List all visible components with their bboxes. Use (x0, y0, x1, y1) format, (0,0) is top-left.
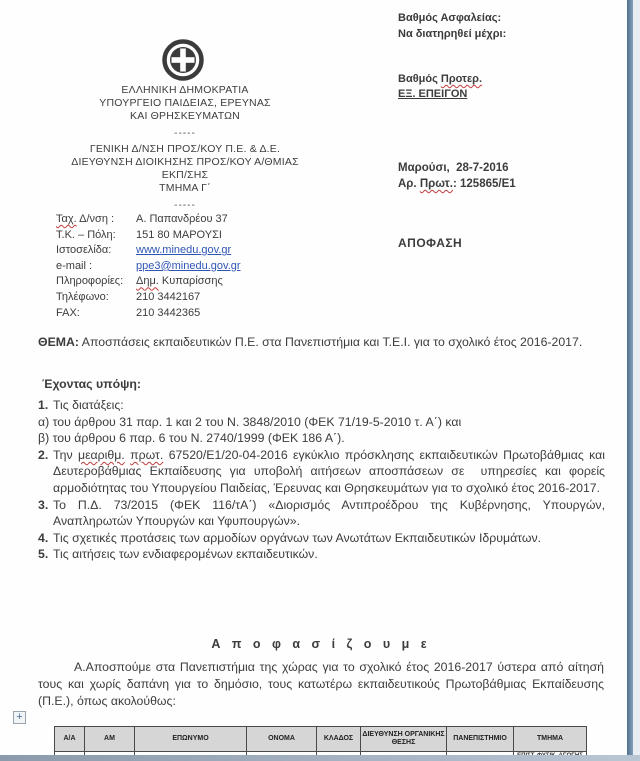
list-item: 3. Το Π.Δ. 73/2015 (ΦΕΚ 116/τΑ΄) «Διορισ… (38, 497, 605, 530)
contact-row: FAX: 210 3442365 (56, 306, 241, 322)
org-line: ΚΑΙ ΘΡΗΣΚΕΥΜΑΤΩΝ (30, 110, 340, 123)
item-marker: 4. (38, 530, 53, 547)
priority-label: Βαθμός Προτερ. (398, 72, 482, 87)
contact-row: Τ.Κ. – Πόλη: 151 80 ΜΑΡΟΥΣΙ (56, 228, 241, 244)
contact-label: FAX: (56, 306, 136, 322)
keep-until-label: Να διατηρηθεί μέχρι: (398, 26, 506, 42)
contact-value: 210 3442365 (136, 306, 200, 322)
security-block: Βαθμός Ασφαλείας: Να διατηρηθεί μέχρι: (398, 10, 506, 42)
contact-row: Ταχ. Δ/νση : Α. Παπανδρέου 37 (56, 212, 241, 228)
considering-list: 1. Τις διατάξεις: α) του άρθρου 31 παρ. … (38, 397, 605, 563)
decision-title: ΑΠΟΦΑΣΗ (398, 236, 462, 250)
security-level-label: Βαθμός Ασφαλείας: (398, 10, 506, 26)
col-header-aa: Α/Α (55, 727, 85, 752)
item-marker: 5. (38, 546, 53, 563)
spellcheck-word: Προτερ. (441, 73, 482, 85)
subject-paragraph: ΘΕΜΑ: Αποσπάσεις εκπαιδευτικών Π.Ε. στα … (38, 334, 604, 351)
document-sheet: Βαθμός Ασφαλείας: Να διατηρηθεί μέχρι: Ε… (0, 0, 626, 761)
subject-label: ΘΕΜΑ: (38, 335, 79, 349)
contact-label: e-mail : (56, 259, 136, 275)
window-bottom-border (0, 755, 640, 761)
contact-label: Τηλέφωνο: (56, 290, 136, 306)
contact-row: Ιστοσελίδα: www.minedu.gov.gr (56, 243, 241, 259)
item-marker: 2. (38, 447, 53, 497)
dept-line: ΤΜΗΜΑ Γ΄ (30, 182, 340, 195)
org-line: ΕΛΛΗΝΙΚΗ ΔΗΜΟΚΡΑΤΙΑ (30, 84, 340, 97)
contact-row: e-mail : ppe3@minedu.gov.gr (56, 259, 241, 275)
dept-line: ΕΚΠ/ΣΗΣ (30, 169, 340, 182)
item-marker: 1. (38, 397, 53, 414)
contact-row: Πληροφορίες: Δημ. Κυπαρίσσης (56, 274, 241, 290)
col-header-name: ΟΝΟΜΑ (247, 727, 317, 752)
item-subline: β) του άρθρου 6 παρ. 6 του Ν. 2740/1999 … (38, 430, 605, 447)
spellcheck-word: Ταχ. (56, 213, 77, 225)
spellcheck-word: Δημ. (136, 275, 159, 287)
decision-paragraph: Α.Αποσπούμε στα Πανεπιστήμια της χώρας γ… (38, 659, 604, 710)
item-text: Την μεαριθμ. πρωτ. 67520/Ε1/20-04-2016 ε… (53, 447, 605, 497)
col-header-department: ΤΜΗΜΑ (514, 727, 587, 752)
plus-icon: + (16, 712, 22, 723)
item-text: Τις αιτήσεις των ενδιαφερομένων εκπαιδευ… (53, 546, 605, 563)
contact-row: Τηλέφωνο: 210 3442167 (56, 290, 241, 306)
priority-value: ΕΞ. ΕΠΕΙΓΟΝ (398, 87, 482, 102)
contact-value: Α. Παπανδρέου 37 (136, 212, 228, 228)
spellcheck-word: πρωτ. (130, 448, 163, 462)
letterhead: ΕΛΛΗΝΙΚΗ ΔΗΜΟΚΡΑΤΙΑ ΥΠΟΥΡΓΕΙΟ ΠΑΙΔΕΙΑΣ, … (30, 84, 340, 212)
table-header-row: Α/Α ΑΜ ΕΠΩΝΥΜΟ ΟΝΟΜΑ ΚΛΑΔΟΣ ΔΙΕΥΘΥΝΣΗ ΟΡ… (55, 727, 587, 752)
contact-value: Δημ. Κυπαρίσσης (136, 274, 223, 290)
item-subline: α) του άρθρου 31 παρ. 1 και 2 του Ν. 384… (38, 414, 605, 431)
item-text: Το Π.Δ. 73/2015 (ΦΕΚ 116/τΑ΄) «Διορισμός… (53, 497, 605, 530)
list-item: 4. Τις σχετικές προτάσεις των αρμοδίων ο… (38, 530, 605, 547)
col-header-surname: ΕΠΩΝΥΜΟ (135, 727, 247, 752)
item-marker: 3. (38, 497, 53, 530)
dept-line: ΓΕΝΙΚΗ Δ/ΝΣΗ ΠΡΟΣ/ΚΟΥ Π.Ε. & Δ.Ε. (30, 143, 340, 156)
considering-heading: Έχοντας υπόψη: (42, 377, 141, 391)
dept-line: ΔΙΕΥΘΥΝΣΗ ΔΙΟΙΚΗΣΗΣ ΠΡΟΣ/ΚΟΥ Α/ΘΜΙΑΣ (30, 156, 340, 169)
divider: ----- (30, 127, 340, 140)
table-move-handle-icon[interactable]: + (13, 711, 26, 724)
col-header-directorate: ΔΙΕΥΘΥΝΣΗ ΟΡΓΑΝΙΚΗΣ ΘΕΣΗΣ (361, 727, 447, 752)
subject-text: Αποσπάσεις εκπαιδευτικών Π.Ε. στα Πανεπι… (79, 335, 582, 349)
city-date: Μαρούσι, 28-7-2016 (398, 160, 516, 176)
contact-label: Ταχ. Δ/νση : (56, 212, 136, 228)
protocol-number: Αρ. Πρωτ.: 125865/Ε1 (398, 176, 516, 192)
item-text: Τις σχετικές προτάσεις των αρμοδίων οργά… (53, 530, 605, 547)
spellcheck-word: μεαριθμ. (78, 448, 125, 462)
col-header-am: ΑΜ (85, 727, 135, 752)
col-header-branch: ΚΛΑΔΟΣ (317, 727, 361, 752)
list-item: 5. Τις αιτήσεις των ενδιαφερομένων εκπαι… (38, 546, 605, 563)
item-text: Τις διατάξεις: (53, 397, 605, 414)
contact-value: 210 3442167 (136, 290, 200, 306)
document-page: { "security": { "line1": "Βαθμός Ασφαλεί… (0, 0, 640, 761)
website-link[interactable]: www.minedu.gov.gr (136, 244, 231, 256)
list-item: 1. Τις διατάξεις: (38, 397, 605, 414)
date-protocol-block: Μαρούσι, 28-7-2016 Αρ. Πρωτ.: 125865/Ε1 (398, 160, 516, 192)
spellcheck-word: Πρωτ. (420, 178, 453, 190)
contact-label: Ιστοσελίδα: (56, 243, 136, 259)
contact-block: Ταχ. Δ/νση : Α. Παπανδρέου 37 Τ.Κ. – Πόλ… (56, 212, 241, 321)
window-right-border (627, 0, 633, 761)
list-item: 2. Την μεαριθμ. πρωτ. 67520/Ε1/20-04-201… (38, 447, 605, 497)
org-line: ΥΠΟΥΡΓΕΙΟ ΠΑΙΔΕΙΑΣ, ΕΡΕΥΝΑΣ (30, 97, 340, 110)
decide-heading: Α π ο φ α σ ί ζ ο υ μ ε (38, 637, 604, 651)
greek-emblem-icon (162, 39, 204, 81)
contact-value: 151 80 ΜΑΡΟΥΣΙ (136, 228, 222, 244)
contact-label: Πληροφορίες: (56, 274, 136, 290)
col-header-university: ΠΑΝΕΠΙΣΤΗΜΙΟ (447, 727, 514, 752)
contact-label: Τ.Κ. – Πόλη: (56, 228, 136, 244)
priority-block: Βαθμός Προτερ. ΕΞ. ΕΠΕΙΓΟΝ (398, 72, 482, 102)
divider: ----- (30, 199, 340, 212)
email-link[interactable]: ppe3@minedu.gov.gr (136, 260, 241, 272)
